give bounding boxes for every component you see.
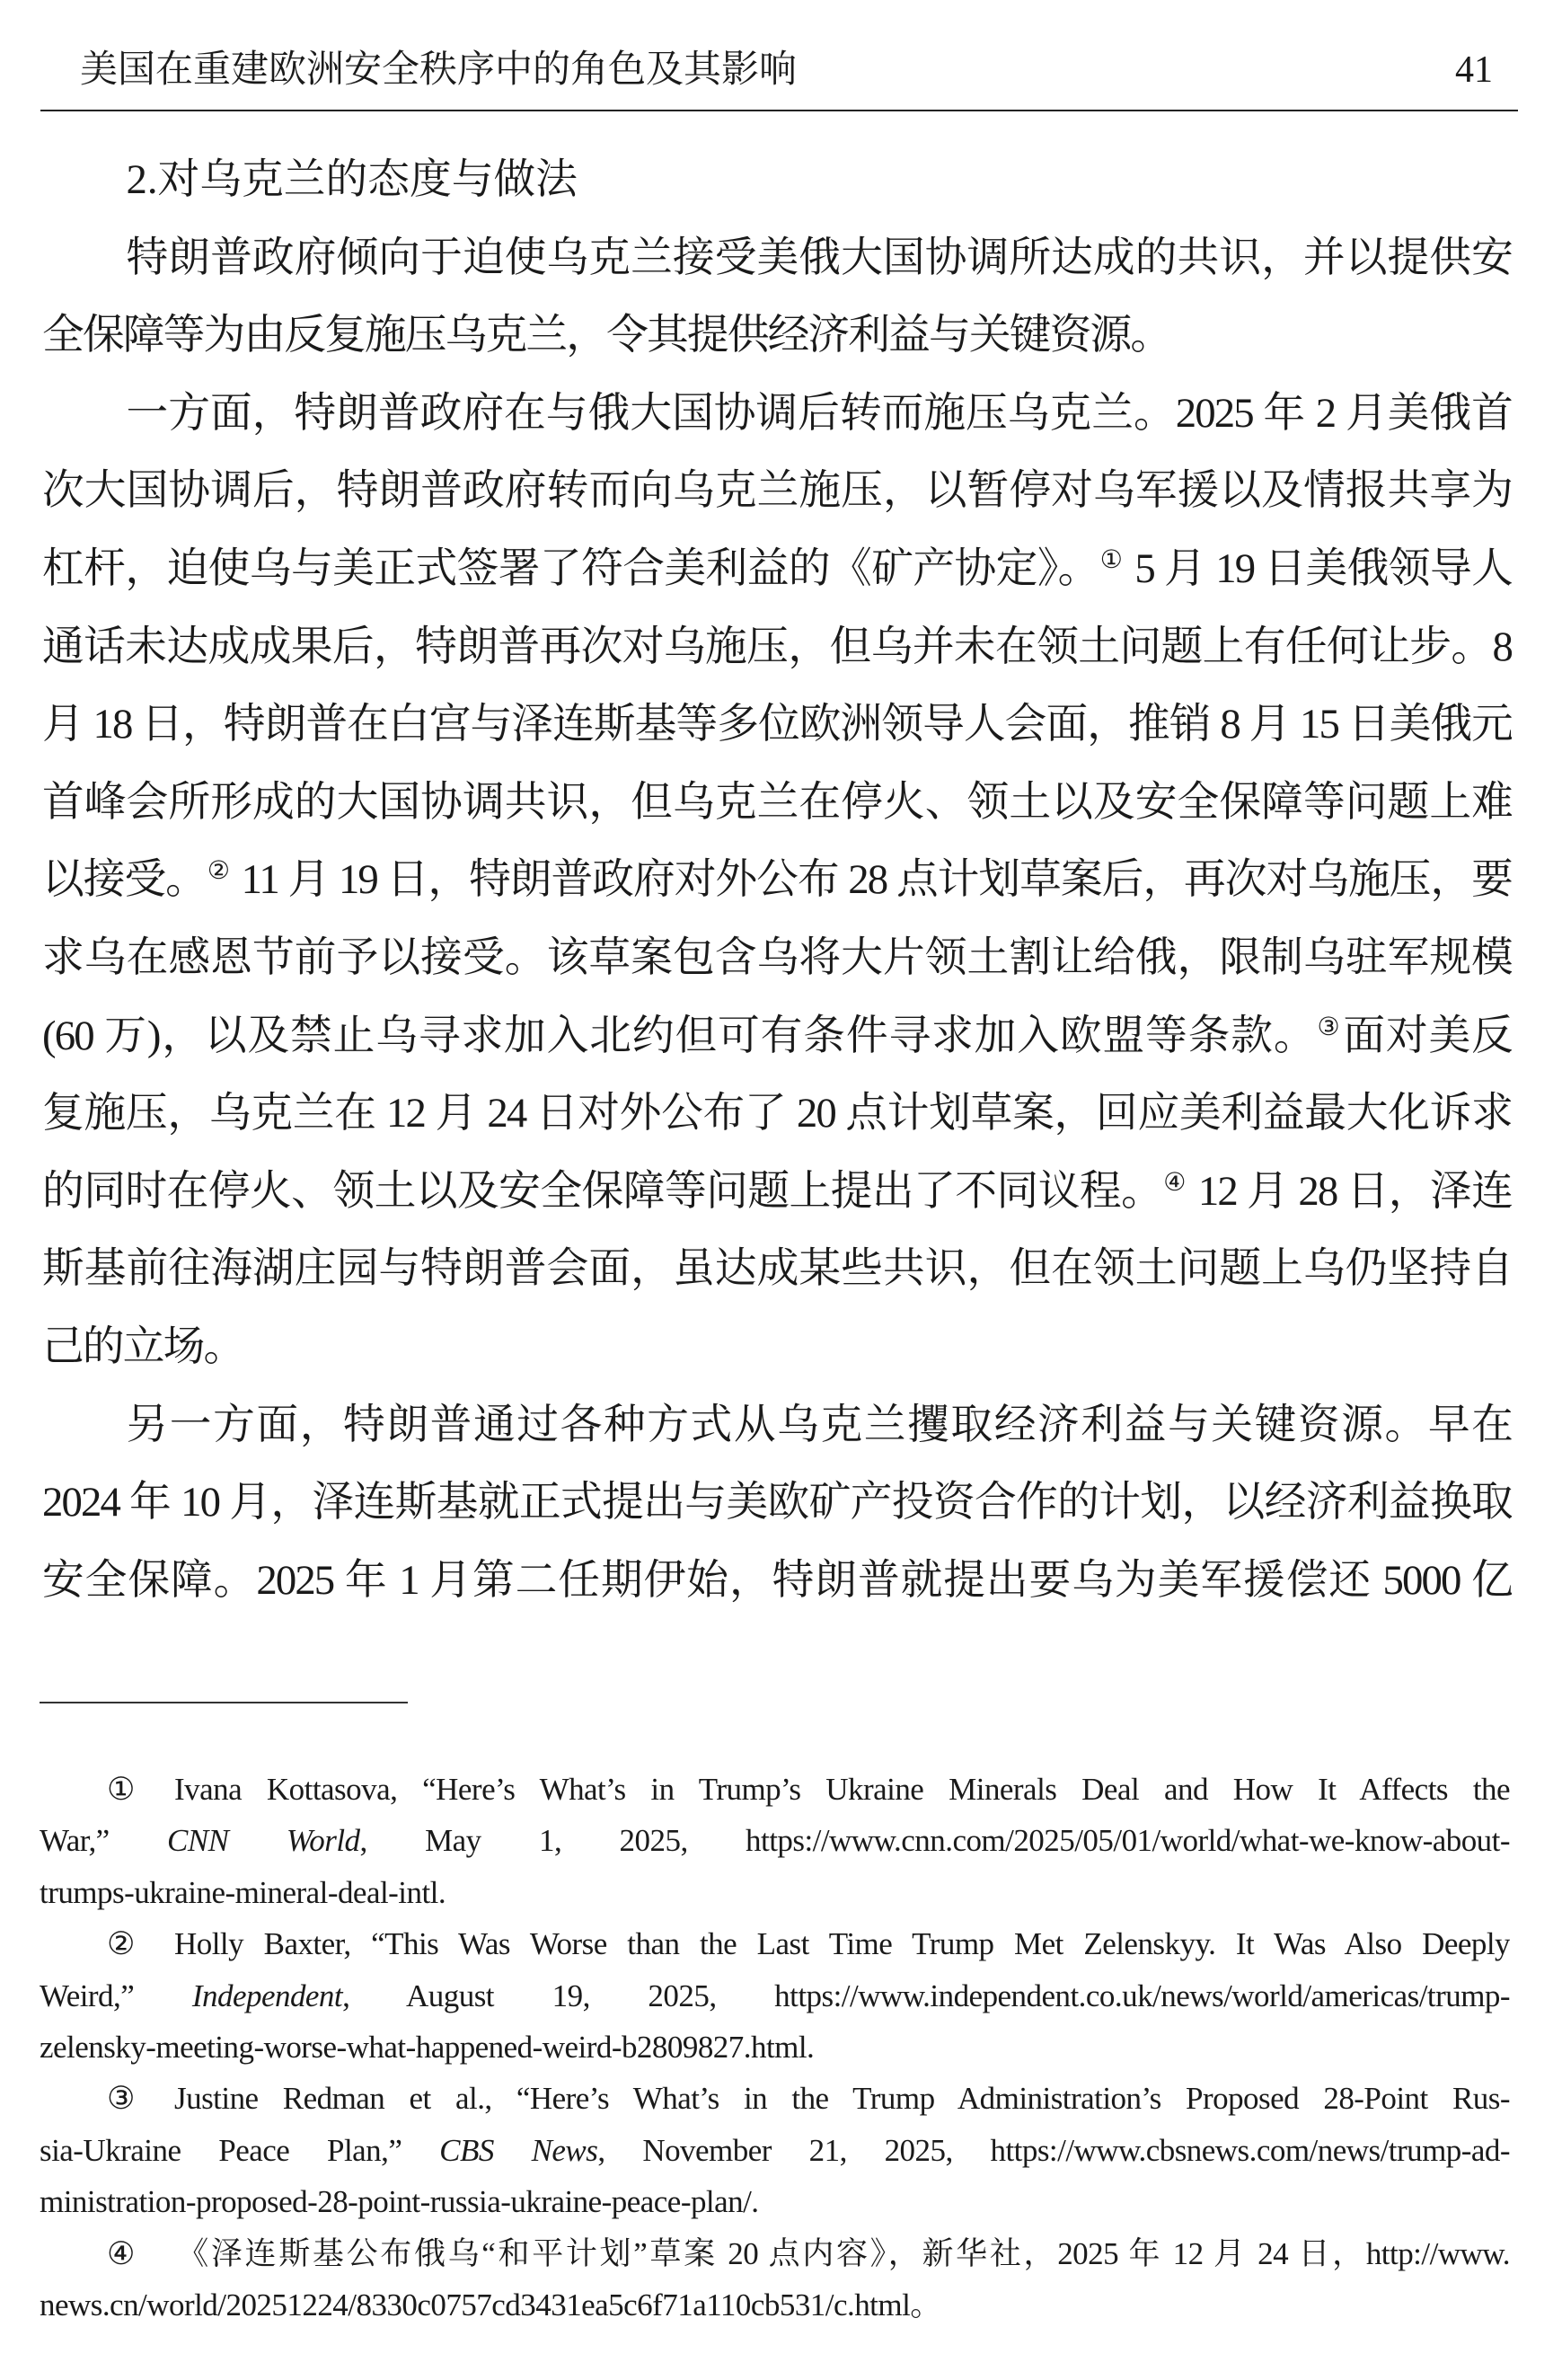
body-line: 次大国协调后，特朗普政府转而向乌克兰施压，以暂停对乌军援以及情报共享为 bbox=[42, 452, 1512, 530]
body-line: 首峰会所形成的大国协调共识，但乌克兰在停火、领土以及安全保障等问题上难 bbox=[42, 764, 1512, 842]
footnote-2-line: Weird,” Independent, August 19, 2025, ht… bbox=[40, 1970, 1510, 2022]
text-segment: Weird,” bbox=[40, 1978, 192, 2013]
text-segment: 《泽连斯基公布俄乌“和平计划”草案 20 点内容》，新华社，2025 年 12 … bbox=[174, 2236, 1510, 2271]
text-segment: , August 19, 2025, https://www.independe… bbox=[342, 1978, 1510, 2013]
body-line: 复施压，乌克兰在 12 月 24 日对外公布了 20 点计划草案，回应美利益最大… bbox=[42, 1075, 1512, 1153]
text-segment: (60 万)，以及禁止乌寻求加入北约但可有条件寻求加入欧盟等条款。 bbox=[42, 1013, 1316, 1059]
text-segment: sia-Ukraine Peace Plan,” bbox=[40, 2133, 439, 2168]
text-segment: Holly Baxter, “This Was Worse than the L… bbox=[174, 1926, 1510, 1961]
body-line: (60 万)，以及禁止乌寻求加入北约但可有条件寻求加入欧盟等条款。③面对美反 bbox=[42, 997, 1512, 1075]
footnote-ref-2: ② bbox=[207, 857, 231, 885]
body-line: 的同时在停火、领土以及安全保障等问题上提出了不同议程。④ 12 月 28 日，泽… bbox=[42, 1153, 1512, 1231]
footnote-2-line: ②Holly Baxter, “This Was Worse than the … bbox=[40, 1918, 1510, 1969]
body-line: 以接受。② 11 月 19 日，特朗普政府对外公布 28 点计划草案后，再次对乌… bbox=[42, 841, 1512, 919]
publication-name: CBS News bbox=[439, 2133, 597, 2168]
body-line: 一方面，特朗普政府在与俄大国协调后转而施压乌克兰。2025 年 2 月美俄首 bbox=[42, 375, 1512, 453]
text-segment: 的同时在停火、领土以及安全保障等问题上提出了不同议程。 bbox=[42, 1168, 1162, 1215]
running-title: 美国在重建欧洲安全秩序中的角色及其影响 bbox=[80, 48, 797, 93]
text-segment: 12 月 28 日，泽连 bbox=[1188, 1168, 1512, 1215]
text-segment: 以接受。 bbox=[42, 856, 207, 903]
body-line: 特朗普政府倾向于迫使乌克兰接受美俄大国协调所达成的共识，并以提供安 bbox=[42, 219, 1512, 297]
section-heading: 2.对乌克兰的态度与做法 bbox=[42, 141, 1512, 219]
text-segment: War,” bbox=[40, 1823, 167, 1858]
body-line: 月 18 日，特朗普在白宫与泽连斯基等多位欧洲领导人会面，推销 8 月 15 日… bbox=[42, 686, 1512, 764]
text-segment: 11 月 19 日，特朗普政府对外公布 28 点计划草案后，再次对乌施压，要 bbox=[232, 856, 1512, 903]
text-segment: 面对美反 bbox=[1343, 1013, 1512, 1059]
footnote-4-line: news.cn/world/20251224/8330c0757cd3431ea… bbox=[40, 2279, 1510, 2331]
publication-name: CNN World bbox=[167, 1823, 359, 1858]
body-line: 2024 年 10 月，泽连斯基就正式提出与美欧矿产投资合作的计划，以经济利益换… bbox=[42, 1464, 1512, 1542]
footnote-1-line: War,” CNN World, May 1, 2025, https://ww… bbox=[40, 1815, 1510, 1866]
text-segment: Justine Redman et al., “Here’s What’s in… bbox=[174, 2081, 1510, 2116]
text-segment: 5 月 19 日美俄领导人 bbox=[1125, 545, 1512, 592]
body-line: 安全保障。2025 年 1 月第二任期伊始，特朗普就提出要乌为美军援偿还 500… bbox=[42, 1542, 1512, 1620]
body-line: 杠杆，迫使乌与美正式签署了符合美利益的《矿产协定》。① 5 月 19 日美俄领导… bbox=[42, 530, 1512, 608]
text-segment: , May 1, 2025, https://www.cnn.com/2025/… bbox=[360, 1823, 1511, 1858]
footnote-ref-4: ④ bbox=[1163, 1169, 1187, 1197]
body-line: 求乌在感恩节前予以接受。该草案包含乌将大片领土割让给俄，限制乌驻军规模 bbox=[42, 919, 1512, 997]
text-segment: 杠杆，迫使乌与美正式签署了符合美利益的《矿产协定》。 bbox=[42, 545, 1099, 592]
footnotes: ①Ivana Kottasova, “Here’s What’s in Trum… bbox=[40, 1764, 1510, 2331]
body-line: 斯基前往海湖庄园与特朗普会面，虽达成某些共识，但在领土问题上乌仍坚持自 bbox=[42, 1230, 1512, 1308]
footnote-2-line: zelensky-meeting-worse-what-happened-wei… bbox=[40, 2022, 1510, 2073]
body-line: 通话未达成成果后，特朗普再次对乌施压，但乌并未在领土问题上有任何让步。8 bbox=[42, 608, 1512, 686]
publication-name: Independent bbox=[192, 1978, 342, 2013]
footnote-3-line: ③Justine Redman et al., “Here’s What’s i… bbox=[40, 2073, 1510, 2124]
footnote-marker: ① bbox=[107, 1764, 174, 1815]
body-text: 2.对乌克兰的态度与做法 特朗普政府倾向于迫使乌克兰接受美俄大国协调所达成的共识… bbox=[42, 141, 1512, 1619]
body-line: 另一方面，特朗普通过各种方式从乌克兰攫取经济利益与关键资源。早在 bbox=[42, 1386, 1512, 1464]
footnote-marker: ② bbox=[107, 1918, 174, 1969]
footnote-ref-3: ③ bbox=[1317, 1013, 1342, 1041]
footnote-marker: ④ bbox=[107, 2228, 174, 2279]
footnote-4-line: ④《泽连斯基公布俄乌“和平计划”草案 20 点内容》，新华社，2025 年 12… bbox=[40, 2228, 1510, 2279]
header-rule bbox=[40, 110, 1518, 111]
text-segment: , November 21, 2025, https://www.cbsnews… bbox=[597, 2133, 1510, 2168]
footnote-3-line: sia-Ukraine Peace Plan,” CBS News, Novem… bbox=[40, 2125, 1510, 2176]
footnote-marker: ③ bbox=[107, 2073, 174, 2124]
footnote-1-line: trumps-ukraine-mineral-deal-intl. bbox=[40, 1867, 1510, 1918]
body-line: 全保障等为由反复施压乌克兰，令其提供经济利益与关键资源。 bbox=[42, 296, 1512, 375]
footnote-ref-1: ① bbox=[1100, 546, 1124, 574]
footnote-1-line: ①Ivana Kottasova, “Here’s What’s in Trum… bbox=[40, 1764, 1510, 1815]
text-segment: Ivana Kottasova, “Here’s What’s in Trump… bbox=[174, 1772, 1510, 1807]
page-number: 41 bbox=[1455, 48, 1493, 93]
body-line: 己的立场。 bbox=[42, 1308, 1512, 1386]
footnote-3-line: ministration-proposed-28-point-russia-uk… bbox=[40, 2176, 1510, 2227]
footnote-separator bbox=[40, 1702, 408, 1703]
journal-page: 美国在重建欧洲安全秩序中的角色及其影响 41 2.对乌克兰的态度与做法 特朗普政… bbox=[0, 0, 1562, 2380]
